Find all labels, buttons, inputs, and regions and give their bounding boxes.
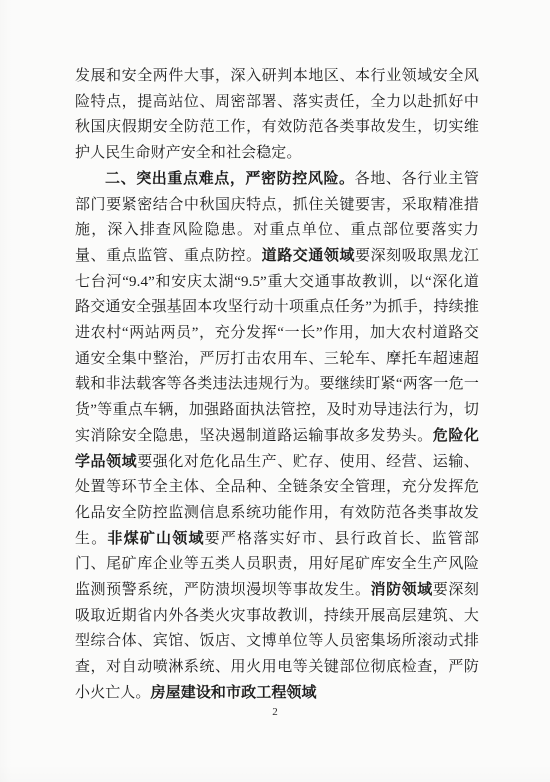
paragraph: 发展和安全两件大事，深入研判本地区、本行业领域安全风险特点，提高站位、周密部署、… <box>75 64 479 167</box>
document-page: 发展和安全两件大事，深入研判本地区、本行业领域安全风险特点，提高站位、周密部署、… <box>0 0 550 782</box>
emphasis-text: 非煤矿山领域 <box>107 531 204 547</box>
emphasis-text: 房屋建设和市政工程领域 <box>151 685 317 701</box>
body-text: 发展和安全两件大事，深入研判本地区、本行业领域安全风险特点，提高站位、周密部署、… <box>75 68 479 161</box>
body-text: 要深刻吸取近期省内外各类火灾事故教训，持续开展高层建筑、大型综合体、宾馆、饭店、… <box>75 582 479 701</box>
emphasis-text: 道路交通领域 <box>262 248 355 264</box>
paragraph: 二、突出重点难点，严密防控风险。各地、各行业主管部门要紧密结合中秋国庆特点，抓住… <box>75 167 479 707</box>
document-body: 发展和安全两件大事，深入研判本地区、本行业领域安全风险特点，提高站位、周密部署、… <box>75 64 479 707</box>
emphasis-text: 消防领域 <box>371 582 433 598</box>
body-text: 要深刻吸取黑龙江七台河“9.4”和安庆太湖“9.5”重大交通事故教训，以“深化道… <box>75 248 479 444</box>
emphasis-text: 二、突出重点难点，严密防控风险。 <box>105 171 355 187</box>
page-number: 2 <box>0 706 550 718</box>
